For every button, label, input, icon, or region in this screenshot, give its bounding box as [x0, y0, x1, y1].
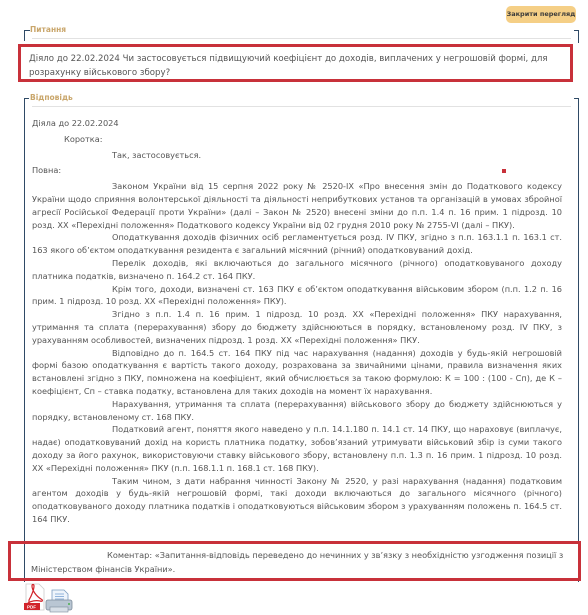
marker-dot	[502, 169, 506, 173]
question-text: Діяло до 22.02.2024 Чи застосовується пі…	[18, 44, 573, 82]
divider	[32, 106, 571, 107]
answer-legend: Відповідь	[30, 93, 75, 102]
comment-highlight: Коментар: «Запитання-відповідь переведен…	[8, 541, 581, 581]
divider	[32, 38, 571, 39]
answer-paragraph: Перелік доходів, які включаються до зага…	[32, 257, 562, 283]
comment-text: Коментар: «Запитання-відповідь переведен…	[31, 549, 578, 576]
fieldset-border	[24, 98, 29, 99]
close-view-button[interactable]: Закрити перегляд	[506, 6, 576, 23]
answer-paragraph: Податковий агент, поняття якого наведено…	[32, 423, 562, 474]
answer-body: Діяла до 22.02.2024 Коротка: Так, застос…	[32, 117, 562, 526]
printer-icon[interactable]	[44, 589, 74, 613]
full-answer-label: Повна:	[32, 164, 562, 177]
answer-paragraph: Нарахування, утримання та сплата (перера…	[32, 398, 562, 424]
answer-paragraph: Законом України від 15 серпня 2022 року …	[32, 180, 562, 231]
pdf-icon[interactable]: PDF	[24, 583, 46, 611]
validity-note: Діяла до 22.02.2024	[32, 117, 562, 130]
consultation-view: Закрити перегляд Питання Діяло до 22.02.…	[0, 0, 588, 615]
answer-paragraph: Оподаткування доходів фізичних осіб регл…	[32, 231, 562, 257]
svg-text:PDF: PDF	[27, 605, 36, 610]
fieldset-border	[574, 30, 579, 43]
answer-paragraph: Згідно з п.п. 1.4 п. 16 прим. 1 підрозд.…	[32, 308, 562, 346]
short-answer-text: Так, застосовується.	[32, 149, 562, 162]
answer-paragraph: Відповідно до п. 164.5 ст. 164 ПКУ під ч…	[32, 347, 562, 398]
answer-paragraph: Таким чином, з дати набрання чинності За…	[32, 475, 562, 526]
short-answer-label: Коротка:	[32, 133, 562, 146]
question-legend: Питання	[30, 25, 68, 34]
answer-paragraph: Крім того, доходи, визначені ст. 163 ПКУ…	[32, 283, 562, 309]
fieldset-border	[574, 98, 579, 99]
